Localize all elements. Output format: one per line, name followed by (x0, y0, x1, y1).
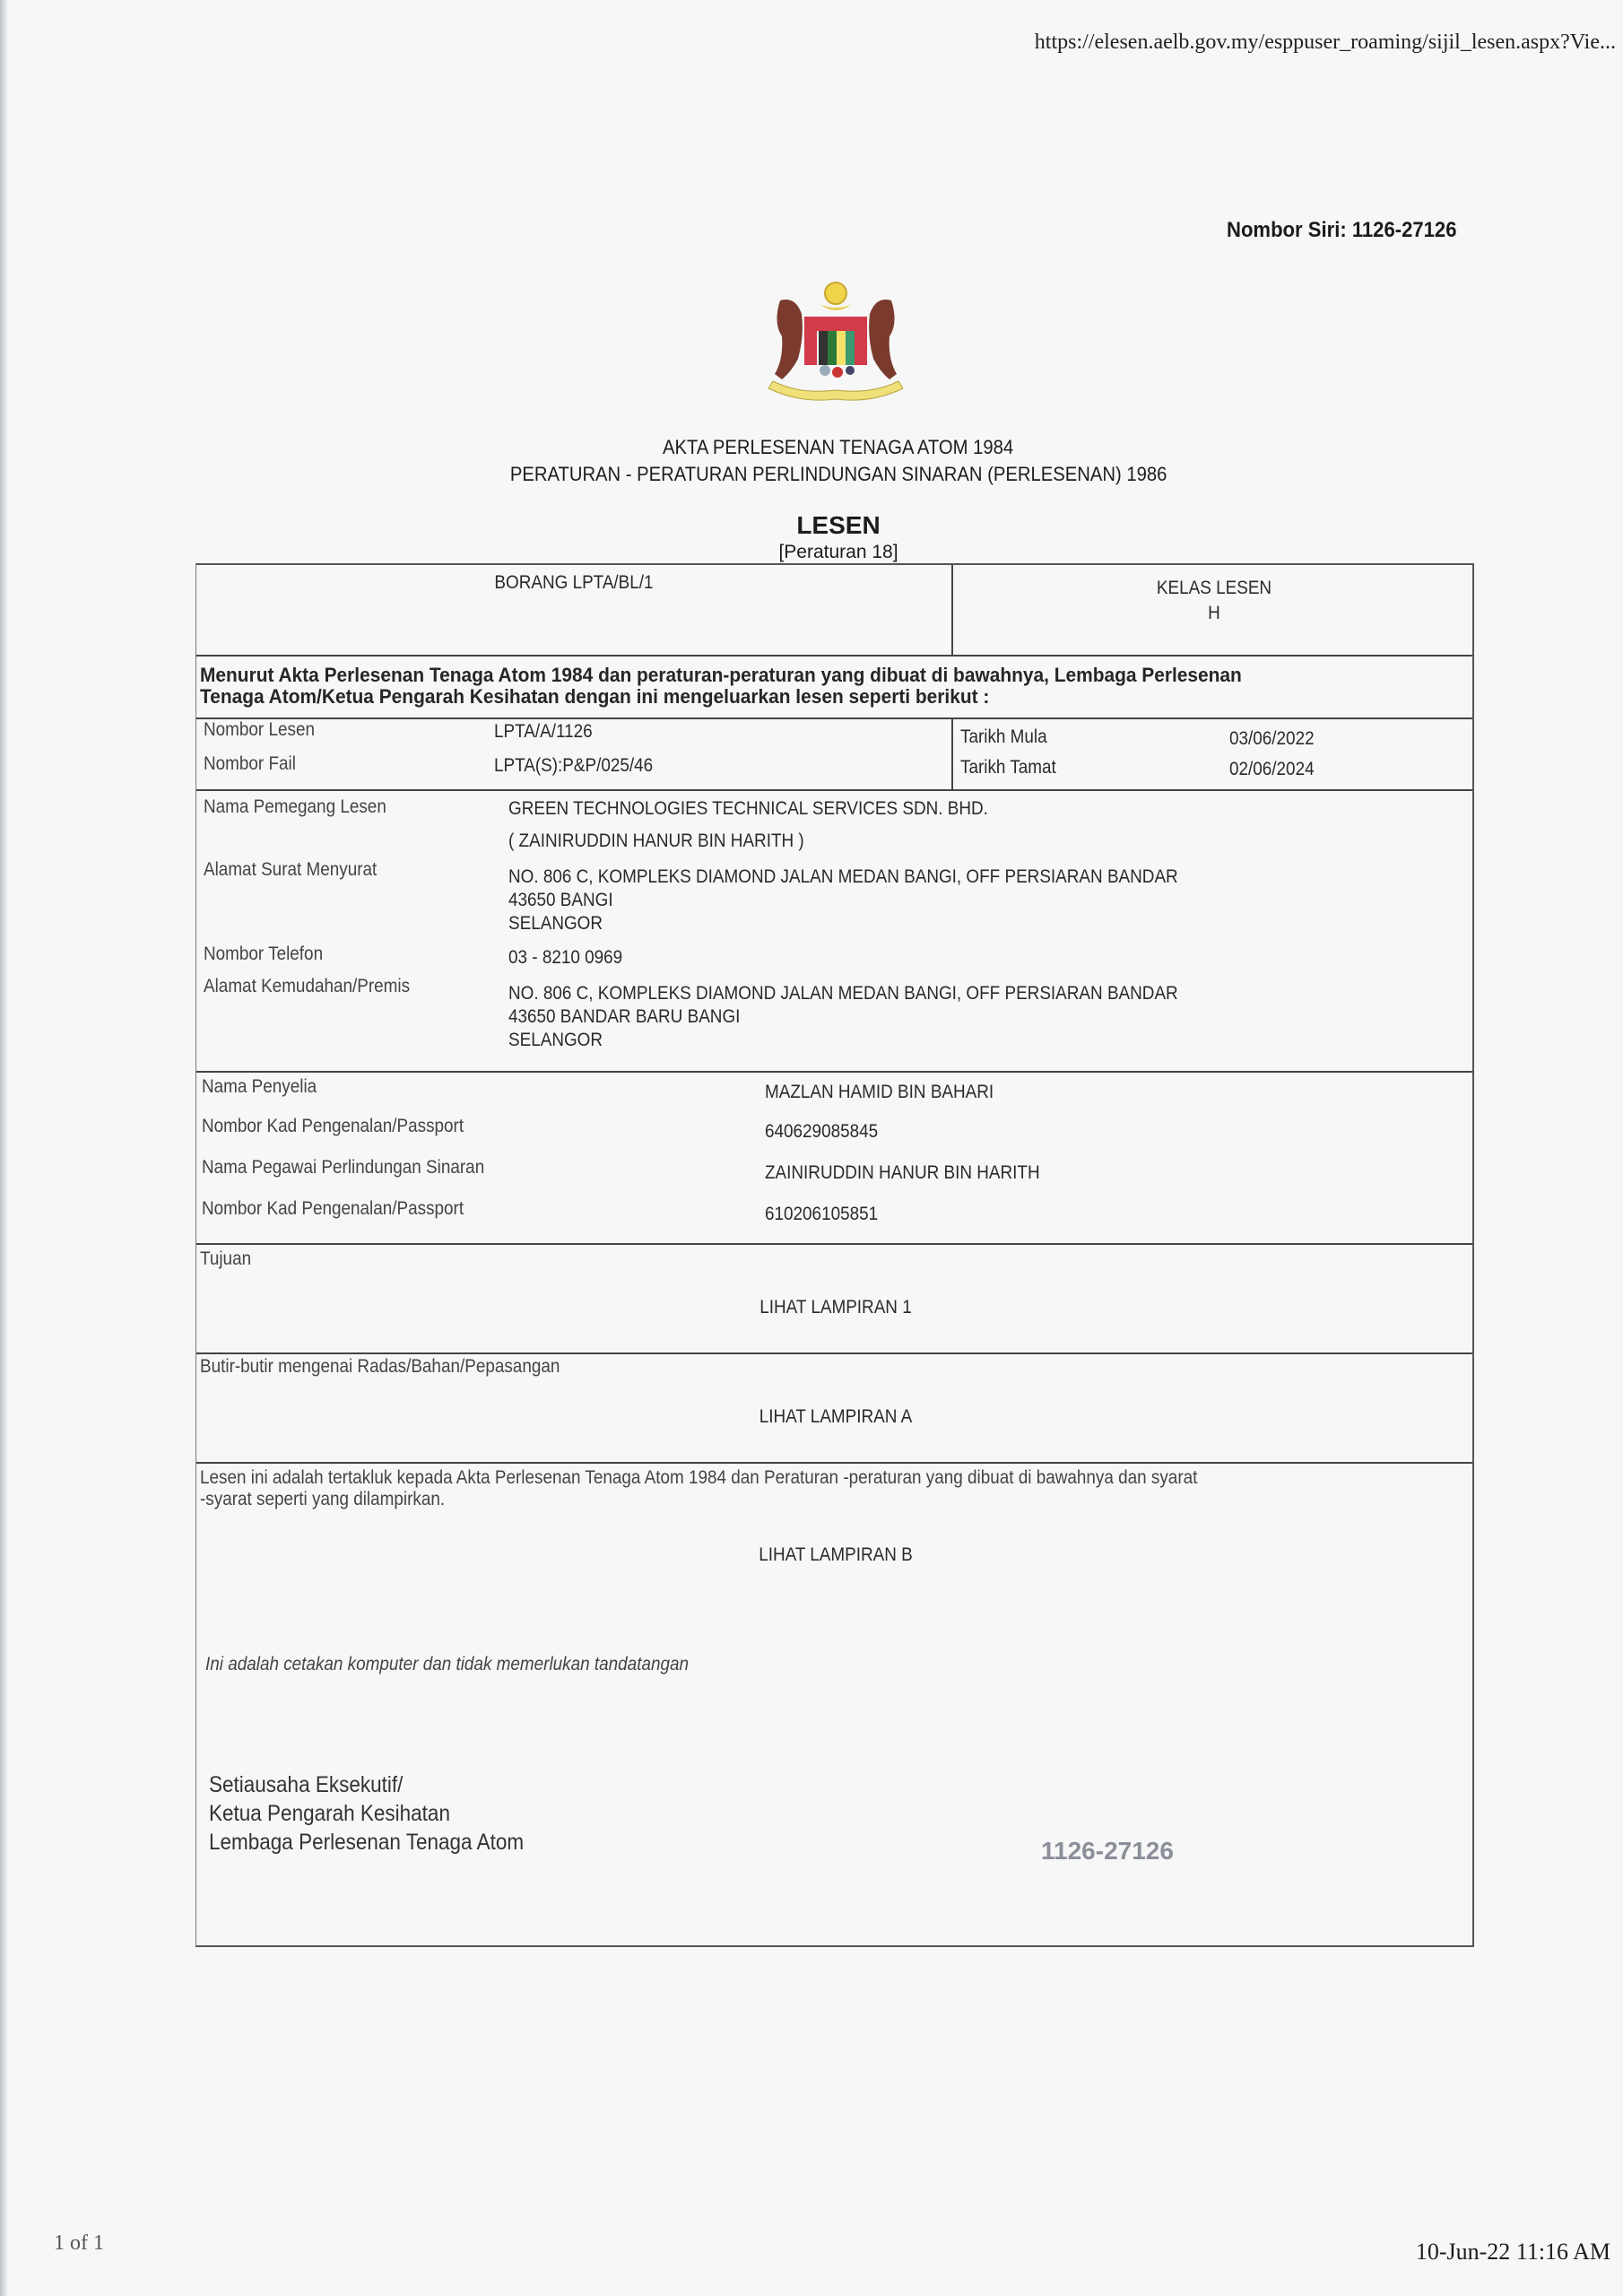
rpo-name: ZAINIRUDDIN HANUR BIN HARITH (765, 1162, 1040, 1184)
license-form: BORANG LPTA/BL/1 KELAS LESEN H Menurut A… (195, 563, 1474, 1947)
print-timestamp: 10-Jun-22 11:16 AM (1416, 2239, 1610, 2266)
premises-address-line-3: SELANGOR (508, 1030, 603, 1051)
divider (196, 717, 1472, 719)
file-number: LPTA(S):P&P/025/46 (494, 755, 653, 777)
start-date: 03/06/2022 (1229, 728, 1315, 750)
divider (196, 1243, 1472, 1245)
purpose-label: Tujuan (200, 1248, 251, 1270)
supervisor-name: MAZLAN HAMID BIN BAHARI (765, 1082, 994, 1103)
serial-number: Nombor Siri: 1126-27126 (1227, 218, 1457, 243)
rpo-id: 610206105851 (765, 1204, 878, 1225)
end-date: 02/06/2024 (1229, 759, 1315, 780)
conditions-value: LIHAT LAMPIRAN B (260, 1544, 1410, 1566)
divider (951, 717, 953, 789)
holder-name: GREEN TECHNOLOGIES TECHNICAL SERVICES SD… (508, 798, 988, 820)
supervisor-name-label: Nama Penyelia (202, 1076, 317, 1098)
mailing-address-line-2: 43650 BANGI (508, 890, 613, 911)
signatory-line-3: Lembaga Perlesenan Tenaga Atom (209, 1830, 524, 1856)
divider (196, 1462, 1472, 1464)
page-url: https://elesen.aelb.gov.my/esppuser_roam… (1035, 30, 1616, 55)
license-number: LPTA/A/1126 (494, 721, 593, 743)
preamble-line-2: Tenaga Atom/Ketua Pengarah Kesihatan den… (200, 685, 989, 709)
divider (196, 1352, 1472, 1354)
computer-print-note: Ini adalah cetakan komputer dan tidak me… (205, 1654, 689, 1675)
start-date-label: Tarikh Mula (960, 726, 1047, 748)
phone-number: 03 - 8210 0969 (508, 947, 622, 969)
document-subtitle: [Peraturan 18] (0, 542, 1623, 563)
signatory-line-2: Ketua Pengarah Kesihatan (209, 1801, 450, 1827)
equipment-details-label: Butir-butir mengenai Radas/Bahan/Pepasan… (200, 1356, 560, 1378)
rpo-name-label: Nama Pegawai Perlindungan Sinaran (202, 1157, 484, 1178)
stamp-number: 1126-27126 (1041, 1837, 1174, 1865)
supervisor-id-label: Nombor Kad Pengenalan/Passport (202, 1116, 464, 1137)
conditions-line-1: Lesen ini adalah tertakluk kepada Akta P… (200, 1467, 1197, 1489)
form-code: BORANG LPTA/BL/1 (234, 572, 914, 594)
file-number-label: Nombor Fail (204, 753, 296, 775)
malaysia-coat-of-arms-icon (755, 274, 916, 408)
document-title: LESEN (0, 511, 1623, 540)
premises-address-label: Alamat Kemudahan/Premis (204, 976, 410, 997)
holder-person: ( ZAINIRUDDIN HANUR BIN HARITH ) (508, 831, 804, 852)
phone-label: Nombor Telefon (204, 944, 323, 965)
signatory-line-1: Setiausaha Eksekutif/ (209, 1772, 403, 1798)
equipment-details-value: LIHAT LAMPIRAN A (260, 1406, 1410, 1428)
holder-name-label: Nama Pemegang Lesen (204, 796, 386, 818)
mailing-address-line-1: NO. 806 C, KOMPLEKS DIAMOND JALAN MEDAN … (508, 866, 1178, 888)
rpo-id-label: Nombor Kad Pengenalan/Passport (202, 1198, 464, 1220)
license-number-label: Nombor Lesen (204, 719, 315, 741)
premises-address-line-2: 43650 BANDAR BARU BANGI (508, 1006, 740, 1028)
scan-edge (0, 0, 7, 2296)
preamble-line-1: Menurut Akta Perlesenan Tenaga Atom 1984… (200, 664, 1242, 687)
mailing-address-line-3: SELANGOR (508, 913, 603, 935)
divider (196, 655, 1472, 657)
license-class-label: KELAS LESEN (979, 578, 1449, 599)
premises-address-line-1: NO. 806 C, KOMPLEKS DIAMOND JALAN MEDAN … (508, 983, 1178, 1004)
conditions-line-2: -syarat seperti yang dilampirkan. (200, 1489, 445, 1510)
divider (196, 1071, 1472, 1073)
purpose-value: LIHAT LAMPIRAN 1 (260, 1297, 1410, 1318)
regulation-title: PERATURAN - PERATURAN PERLINDUNGAN SINAR… (510, 461, 1167, 488)
act-headings: AKTA PERLESENAN TENAGA ATOM 1984 PERATUR… (0, 434, 1623, 488)
supervisor-id: 640629085845 (765, 1121, 878, 1143)
license-class-value: H (979, 603, 1449, 624)
divider (951, 565, 953, 655)
mailing-address-label: Alamat Surat Menyurat (204, 859, 377, 881)
page-counter: 1 of 1 (54, 2231, 104, 2256)
divider (196, 789, 1472, 791)
end-date-label: Tarikh Tamat (960, 757, 1056, 778)
act-title: AKTA PERLESENAN TENAGA ATOM 1984 (663, 434, 1013, 461)
